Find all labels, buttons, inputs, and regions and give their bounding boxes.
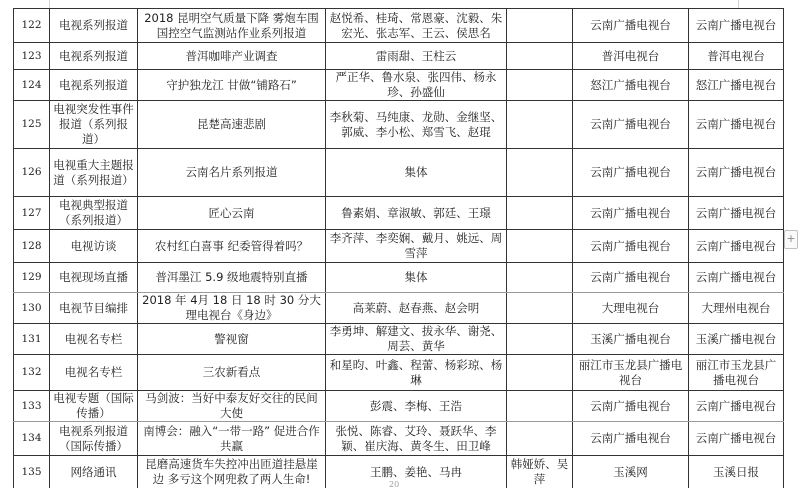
cell-authors: 集体 bbox=[326, 263, 507, 293]
cell-title: 2018 年 4月 18 日 18 时 30 分大理电视台《身边》 bbox=[138, 293, 326, 324]
table-row: 128电视访谈农村红白喜事 纪委管得着吗？李齐萍、李奕娴、戴月、姚远、周雪萍云南… bbox=[14, 230, 784, 263]
cell-category: 电视现场直播 bbox=[50, 263, 138, 293]
table-row: 127电视典型报道（系列报道）匠心云南鲁素娟、章淑敏、郭廷、王璟云南广播电视台云… bbox=[14, 197, 784, 230]
cell-recommender: 云南广播电视台 bbox=[689, 149, 784, 197]
cell-category: 电视典型报道（系列报道） bbox=[50, 197, 138, 230]
cell-publisher: 丽江市玉龙县广播电视台 bbox=[573, 355, 689, 391]
cell-editors bbox=[507, 149, 573, 197]
cell-category: 电视系列报道（国际传播） bbox=[50, 422, 138, 456]
cell-recommender: 丽江市玉龙县广播电视台 bbox=[689, 355, 784, 391]
cell-recommender: 云南广播电视台 bbox=[689, 422, 784, 456]
cell-recommender: 云南广播电视台 bbox=[689, 197, 784, 230]
cell-title: 南博会：融入“一带一路” 促进合作共赢 bbox=[138, 422, 326, 456]
page-number: 20 bbox=[389, 480, 399, 488]
cell-publisher: 玉溪广播电视台 bbox=[573, 324, 689, 355]
cell-publisher: 云南广播电视台 bbox=[573, 101, 689, 149]
cell-title: 警视窗 bbox=[138, 324, 326, 355]
table-row: 126电视重大主题报道（系列报道）云南名片系列报道集体云南广播电视台云南广播电视… bbox=[14, 149, 784, 197]
cell-recommender: 普洱电视台 bbox=[689, 43, 784, 70]
cell-category: 电视系列报道 bbox=[50, 70, 138, 101]
cell-title: 2018 昆明空气质量下降 雾炮车围国控空气监测站作业系列报道 bbox=[138, 9, 326, 43]
table-row: 132电视名专栏三农新看点和星昀、叶鑫、程蕾、杨彩琼、杨琳丽江市玉龙县广播电视台… bbox=[14, 355, 784, 391]
awards-table-body: 122电视系列报道2018 昆明空气质量下降 雾炮车围国控空气监测站作业系列报道… bbox=[14, 9, 784, 488]
cell-authors: 雷雨甜、王柱云 bbox=[326, 43, 507, 70]
cell-publisher: 云南广播电视台 bbox=[573, 230, 689, 263]
cell-authors: 李齐萍、李奕娴、戴月、姚远、周雪萍 bbox=[326, 230, 507, 263]
cell-publisher: 云南广播电视台 bbox=[573, 391, 689, 422]
cell-editors bbox=[507, 43, 573, 70]
table-row: 122电视系列报道2018 昆明空气质量下降 雾炮车围国控空气监测站作业系列报道… bbox=[14, 9, 784, 43]
cell-authors: 高莱蔚、赵春燕、赵会明 bbox=[326, 293, 507, 324]
cell-category: 电视系列报道 bbox=[50, 9, 138, 43]
cell-title: 守护独龙江 甘做“铺路石” bbox=[138, 70, 326, 101]
cell-number: 127 bbox=[14, 197, 50, 230]
cell-recommender: 怒江广播电视台 bbox=[689, 70, 784, 101]
cell-publisher: 云南广播电视台 bbox=[573, 422, 689, 456]
cell-editors bbox=[507, 293, 573, 324]
cell-publisher: 玉溪网 bbox=[573, 456, 689, 488]
cell-number: 133 bbox=[14, 391, 50, 422]
table-row: 124电视系列报道守护独龙江 甘做“铺路石”严正华、鲁水泉、张四伟、杨永珍、孙盛… bbox=[14, 70, 784, 101]
cell-authors: 张悦、陈睿、艾玲、聂跃华、李颖、崔庆海、黄冬生、田卫峰 bbox=[326, 422, 507, 456]
cell-number: 126 bbox=[14, 149, 50, 197]
cell-editors bbox=[507, 197, 573, 230]
cell-category: 电视访谈 bbox=[50, 230, 138, 263]
cell-number: 125 bbox=[14, 101, 50, 149]
add-row-button[interactable]: + bbox=[784, 230, 798, 249]
cell-category: 电视系列报道 bbox=[50, 43, 138, 70]
cell-editors bbox=[507, 324, 573, 355]
cell-title: 昆楚高速悲剧 bbox=[138, 101, 326, 149]
cell-publisher: 云南广播电视台 bbox=[573, 197, 689, 230]
cell-editors bbox=[507, 9, 573, 43]
cell-number: 122 bbox=[14, 9, 50, 43]
cell-title: 三农新看点 bbox=[138, 355, 326, 391]
cell-editors bbox=[507, 101, 573, 149]
cell-authors: 鲁素娟、章淑敏、郭廷、王璟 bbox=[326, 197, 507, 230]
cell-editors bbox=[507, 422, 573, 456]
cell-category: 电视突发性事件报道（系列报道） bbox=[50, 101, 138, 149]
cell-authors: 李秋菊、马纯康、龙勋、金继坚、郭威、李小松、郑雪飞、赵琨 bbox=[326, 101, 507, 149]
cell-recommender: 云南广播电视台 bbox=[689, 263, 784, 293]
cell-authors: 集体 bbox=[326, 149, 507, 197]
cell-authors: 赵悦希、桂琦、常恩豪、沈毅、朱宏光、张志军、王云、侯思名 bbox=[326, 9, 507, 43]
cell-number: 130 bbox=[14, 293, 50, 324]
cell-editors bbox=[507, 263, 573, 293]
cell-authors: 和星昀、叶鑫、程蕾、杨彩琼、杨琳 bbox=[326, 355, 507, 391]
cell-editors: 韩娅娇、吴萍 bbox=[507, 456, 573, 488]
table-row: 133电视专题（国际传播）马剑波：当好中泰友好交往的民间大使彭震、李梅、王浩云南… bbox=[14, 391, 784, 422]
cell-editors bbox=[507, 391, 573, 422]
cell-title: 普洱咖啡产业调查 bbox=[138, 43, 326, 70]
cell-publisher: 云南广播电视台 bbox=[573, 263, 689, 293]
cell-category: 电视节目编排 bbox=[50, 293, 138, 324]
cell-number: 132 bbox=[14, 355, 50, 391]
cell-title: 云南名片系列报道 bbox=[138, 149, 326, 197]
cell-recommender: 云南广播电视台 bbox=[689, 9, 784, 43]
cell-editors bbox=[507, 70, 573, 101]
cell-editors bbox=[507, 230, 573, 263]
cell-editors bbox=[507, 355, 573, 391]
cell-number: 123 bbox=[14, 43, 50, 70]
cell-publisher: 怒江广播电视台 bbox=[573, 70, 689, 101]
cell-title: 农村红白喜事 纪委管得着吗？ bbox=[138, 230, 326, 263]
cell-category: 电视重大主题报道（系列报道） bbox=[50, 149, 138, 197]
cell-category: 电视名专栏 bbox=[50, 324, 138, 355]
table-row: 123电视系列报道普洱咖啡产业调查雷雨甜、王柱云普洱电视台普洱电视台 bbox=[14, 43, 784, 70]
cell-number: 131 bbox=[14, 324, 50, 355]
document-page: 122电视系列报道2018 昆明空气质量下降 雾炮车围国控空气监测站作业系列报道… bbox=[0, 0, 800, 488]
cell-recommender: 玉溪日报 bbox=[689, 456, 784, 488]
cell-recommender: 大理州电视台 bbox=[689, 293, 784, 324]
cell-authors: 王鹏、姜艳、马冉 bbox=[326, 456, 507, 488]
table-row: 129电视现场直播普洱墨江 5.9 级地震特别直播集体云南广播电视台云南广播电视… bbox=[14, 263, 784, 293]
cell-category: 电视名专栏 bbox=[50, 355, 138, 391]
cell-number: 124 bbox=[14, 70, 50, 101]
cell-authors: 彭震、李梅、王浩 bbox=[326, 391, 507, 422]
table-row: 130电视节目编排2018 年 4月 18 日 18 时 30 分大理电视台《身… bbox=[14, 293, 784, 324]
cell-recommender: 云南广播电视台 bbox=[689, 391, 784, 422]
cell-publisher: 云南广播电视台 bbox=[573, 149, 689, 197]
table-row: 134电视系列报道（国际传播）南博会：融入“一带一路” 促进合作共赢张悦、陈睿、… bbox=[14, 422, 784, 456]
cell-category: 电视专题（国际传播） bbox=[50, 391, 138, 422]
cell-category: 网络通讯 bbox=[50, 456, 138, 488]
cell-number: 135 bbox=[14, 456, 50, 488]
cell-title: 马剑波：当好中泰友好交往的民间大使 bbox=[138, 391, 326, 422]
cell-title: 匠心云南 bbox=[138, 197, 326, 230]
awards-table: 122电视系列报道2018 昆明空气质量下降 雾炮车围国控空气监测站作业系列报道… bbox=[13, 8, 784, 488]
cell-title: 昆磨高速货车失控冲出匝道挂悬崖边 多亏这个网兜救了两人生命! bbox=[138, 456, 326, 488]
cell-title: 普洱墨江 5.9 级地震特别直播 bbox=[138, 263, 326, 293]
cell-recommender: 云南广播电视台 bbox=[689, 230, 784, 263]
cell-publisher: 云南广播电视台 bbox=[573, 9, 689, 43]
cell-publisher: 普洱电视台 bbox=[573, 43, 689, 70]
cell-authors: 李勇坤、解建文、拔永华、谢尧、周芸、黄华 bbox=[326, 324, 507, 355]
cell-publisher: 大理电视台 bbox=[573, 293, 689, 324]
cell-number: 134 bbox=[14, 422, 50, 456]
cell-recommender: 云南广播电视台 bbox=[689, 101, 784, 149]
cell-recommender: 玉溪广播电视台 bbox=[689, 324, 784, 355]
cell-authors: 严正华、鲁水泉、张四伟、杨永珍、孙盛仙 bbox=[326, 70, 507, 101]
cell-number: 129 bbox=[14, 263, 50, 293]
table-row: 125电视突发性事件报道（系列报道）昆楚高速悲剧李秋菊、马纯康、龙勋、金继坚、郭… bbox=[14, 101, 784, 149]
cell-number: 128 bbox=[14, 230, 50, 263]
table-row: 131电视名专栏警视窗李勇坤、解建文、拔永华、谢尧、周芸、黄华玉溪广播电视台玉溪… bbox=[14, 324, 784, 355]
